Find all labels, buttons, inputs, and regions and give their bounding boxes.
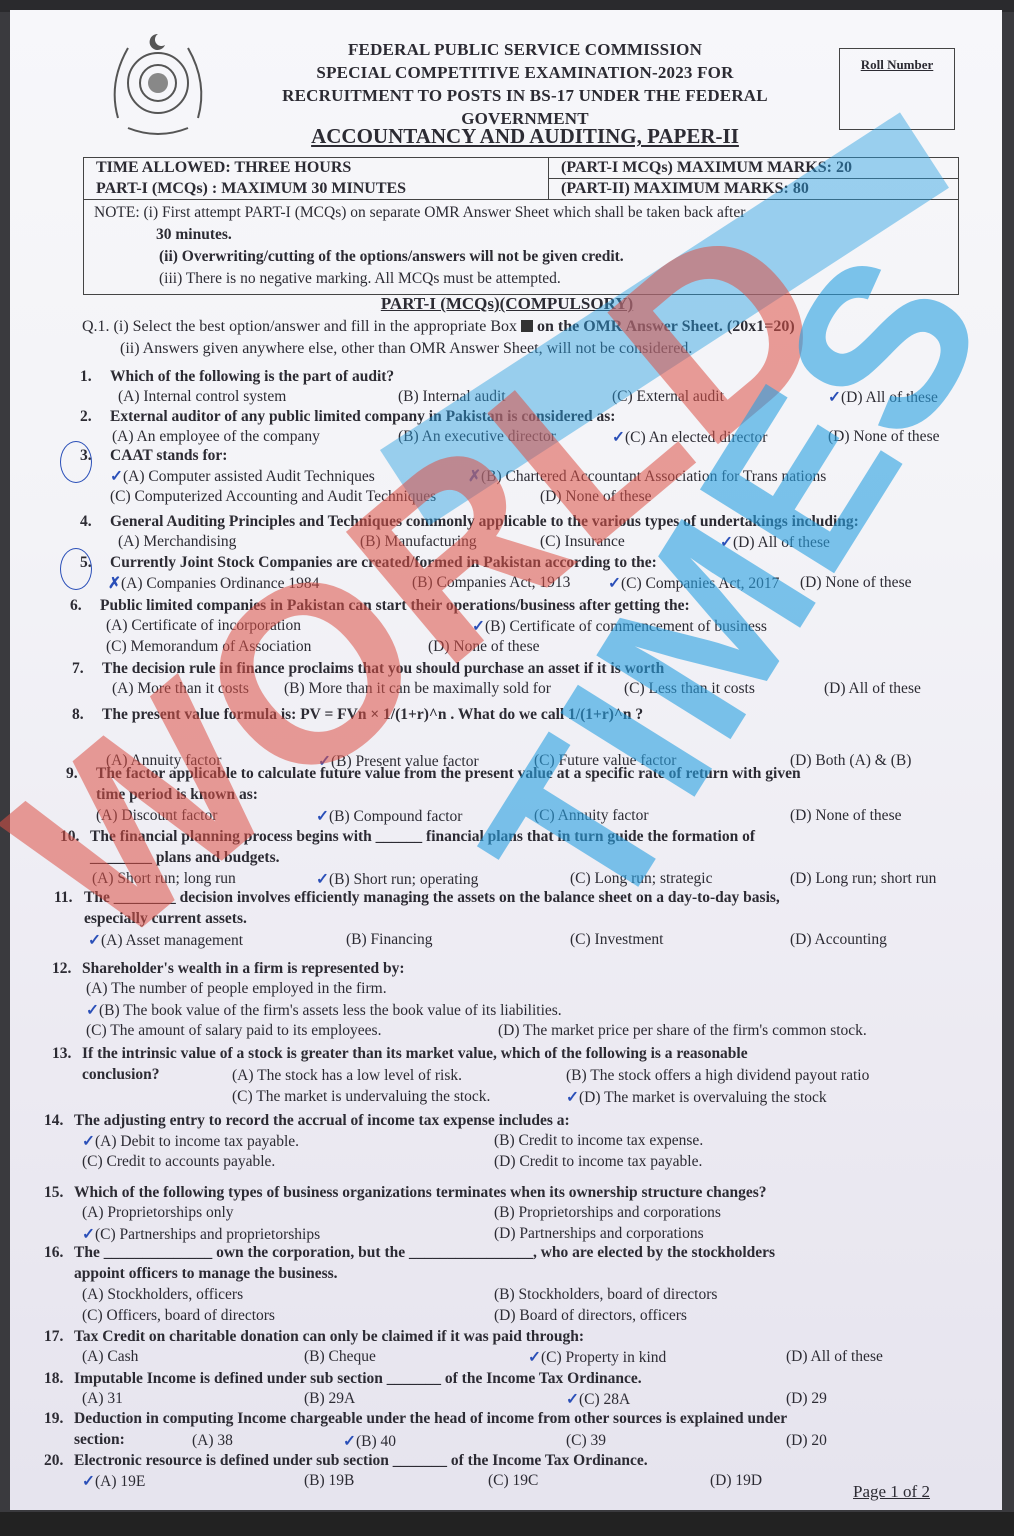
check-mark-icon: ✓ [316,808,329,825]
option-d[interactable]: (D) None of these [428,638,539,656]
option-c[interactable]: (C) 39 [566,1432,606,1450]
option-c[interactable]: ✓(C) Companies Act, 2017 [608,574,779,593]
question-text-cont: appoint officers to manage the business. [74,1265,338,1283]
option-b[interactable]: (B) 19B [304,1472,354,1490]
option-a[interactable]: (A) 38 [192,1432,233,1450]
question-text: Currently Joint Stock Companies are crea… [110,554,657,572]
question-text: General Auditing Principles and Techniqu… [110,513,859,531]
option-c[interactable]: (C) Officers, board of directors [82,1307,275,1325]
question-number: 7. [72,660,84,678]
check-mark-icon: ✓ [343,1433,356,1450]
question-number: 18. [44,1370,63,1388]
time-allowed: TIME ALLOWED: THREE HOURS [84,158,549,179]
option-b[interactable]: (B) More than it can be maximally sold f… [284,680,551,698]
question-text: The ________ decision involves efficient… [84,889,780,907]
option-b[interactable]: (B) Proprietorships and corporations [494,1204,721,1222]
part1-time: PART-I (MCQs) : MAXIMUM 30 MINUTES [84,179,549,199]
option-a[interactable]: (A) Certificate of incorporation [106,617,301,635]
check-mark-icon: ✓ [612,429,625,446]
option-a[interactable]: (A) Internal control system [118,388,286,406]
header-line: SPECIAL COMPETITIVE EXAMINATION-2023 FOR [240,61,810,84]
check-mark-icon: ✓ [110,468,123,485]
option-c[interactable]: ✓(C) An elected director [612,428,767,447]
option-d[interactable]: (D) Partnerships and corporations [494,1225,704,1243]
check-mark-icon: ✓ [566,1391,579,1408]
check-mark-icon: ✓ [528,1349,541,1366]
option-b[interactable]: ✓(B) 40 [343,1432,396,1451]
check-mark-icon: ✓ [828,389,841,406]
option-d[interactable]: (D) 29 [786,1390,827,1408]
option-c[interactable]: (C) Memorandum of Association [106,638,311,656]
page-number: Page 1 of 2 [853,1482,930,1502]
check-mark-icon: ✓ [608,575,621,592]
option-c[interactable]: ✓(C) Property in kind [528,1348,666,1367]
cross-mark-icon: ✗ [108,575,121,592]
roll-number-label: Roll Number [840,57,954,73]
option-a[interactable]: (A) More than it costs [112,680,249,698]
option-b[interactable]: (B) Financing [346,931,433,949]
header-line: RECRUITMENT TO POSTS IN BS-17 UNDER THE … [240,84,810,107]
option-d[interactable]: (D) All of these [786,1348,883,1366]
option-a[interactable]: (A) Proprietorships only [82,1204,234,1222]
option-c[interactable]: (C) Less than it costs [624,680,755,698]
question-text: The present value formula is: PV = FVn ×… [102,706,643,724]
question-number: 19. [44,1410,63,1428]
check-mark-icon: ✓ [82,1226,95,1243]
option-d[interactable]: (D) None of these [540,488,651,506]
check-mark-icon: ✓ [720,534,733,551]
question-number: 11. [54,889,73,907]
check-mark-icon: ✓ [566,1089,579,1106]
question-text: Deduction in computing Income chargeable… [74,1410,787,1428]
option-b[interactable]: ✓(B) Short run; operating [316,870,478,889]
part-title: PART-I (MCQs)(COMPULSORY) [0,294,1014,314]
photo-bottom-edge [0,1512,1014,1536]
option-d[interactable]: (D) Credit to income tax payable. [494,1153,702,1171]
option-c[interactable]: (C) 19C [488,1472,538,1490]
question-text: Which of the following is the part of au… [110,368,394,386]
option-a[interactable]: ✓(A) Debit to income tax payable. [82,1132,299,1151]
question-text: Imputable Income is defined under sub se… [74,1370,642,1388]
option-b[interactable]: ✗(B) Chartered Accountant Association fo… [468,467,826,486]
option-a[interactable]: ✓(A) Computer assisted Audit Techniques [110,467,375,486]
question-text: The decision rule in finance proclaims t… [102,660,664,678]
option-c[interactable]: (C) Annuity factor [534,807,649,825]
option-a[interactable]: (A) Merchandising [118,533,236,551]
option-d[interactable]: (D) The market price per share of the fi… [498,1022,867,1040]
option-b[interactable]: (B) Cheque [304,1348,376,1366]
question-text-cont: time period is known as: [96,786,258,804]
option-c[interactable]: (C) Computerized Accounting and Audit Te… [110,488,436,506]
header-line: FEDERAL PUBLIC SERVICE COMMISSION [240,38,810,61]
circled-question-mark [60,548,92,590]
check-mark-icon: ✓ [82,1133,95,1150]
option-b[interactable]: (B) Stockholders, board of directors [494,1286,717,1304]
option-a[interactable]: (A) 31 [82,1390,123,1408]
question-number: 16. [44,1244,63,1262]
question-text: The adjusting entry to record the accrua… [74,1112,570,1130]
option-a[interactable]: (A) The stock has a low level of risk. [232,1067,462,1085]
question-text-cont: especially current assets. [84,910,247,928]
question-text: Tax Credit on charitable donation can on… [74,1328,584,1346]
option-a[interactable]: (A) Short run; long run [92,870,236,888]
question-number: 2. [80,408,92,426]
option-c[interactable]: (C) Credit to accounts payable. [82,1153,275,1171]
option-a[interactable]: (A) An employee of the company [112,428,320,446]
question-text: The ______________ own the corporation, … [74,1244,775,1262]
fpsc-emblem-icon [98,28,218,138]
option-c[interactable]: (C) The amount of salary paid to its emp… [86,1022,381,1040]
option-d[interactable]: ✓(D) All of these [828,388,938,407]
question-text: Which of the following types of business… [74,1184,767,1202]
check-mark-icon: ✓ [472,618,485,635]
question-text: Electronic resource is defined under sub… [74,1452,648,1470]
option-a[interactable]: (A) The number of people employed in the… [86,980,387,998]
option-d[interactable]: (D) 19D [710,1472,762,1490]
check-mark-icon: ✓ [86,1002,99,1019]
option-c[interactable]: ✓(C) 28A [566,1390,630,1409]
question-text: CAAT stands for: [110,447,227,465]
option-c[interactable]: (C) Investment [570,931,663,949]
omr-box-icon [521,320,533,332]
paper-subject-title: ACCOUNTANCY AND AUDITING, PAPER-II [240,124,810,149]
option-a[interactable]: ✓(A) 19E [82,1472,145,1491]
option-b[interactable]: ✓(B) Certificate of commencement of busi… [472,617,767,636]
option-c[interactable]: (C) Insurance [540,533,625,551]
question-text: If the intrinsic value of a stock is gre… [82,1045,748,1063]
option-b[interactable]: (B) Companies Act, 1913 [412,574,570,592]
option-b[interactable]: ✓(B) The book value of the firm's assets… [86,1001,562,1020]
question-number: 4. [80,513,92,531]
question-number: 8. [72,706,84,724]
option-a[interactable]: (A) Cash [82,1348,138,1366]
option-d[interactable]: (D) Board of directors, officers [494,1307,687,1325]
question-number: 9. [66,765,78,783]
option-d[interactable]: (D) 20 [786,1432,827,1450]
circled-question-mark [60,441,92,483]
question-text: The financial planning process begins wi… [90,828,755,846]
option-d[interactable]: ✓(D) The market is overvaluing the stock [566,1088,827,1107]
option-a[interactable]: ✓(A) Asset management [88,931,243,950]
question-text-cont: ________ plans and budgets. [90,849,280,867]
question-number: 10. [60,828,79,846]
option-c[interactable]: ✓(C) Partnerships and proprietorships [82,1225,320,1244]
option-b[interactable]: (B) Credit to income tax expense. [494,1132,703,1150]
check-mark-icon: ✓ [82,1473,95,1490]
option-d[interactable]: (D) None of these [800,574,911,592]
question-number: 6. [70,597,82,615]
option-b[interactable]: (B) 29A [304,1390,355,1408]
question-number: 12. [52,960,71,978]
option-a[interactable]: (A) Discount factor [96,807,217,825]
option-d[interactable]: (D) Accounting [790,931,887,949]
option-a[interactable]: (A) Stockholders, officers [82,1286,243,1304]
option-a[interactable]: ✗(A) Companies Ordinance 1984 [108,574,319,593]
option-b[interactable]: (B) The stock offers a high dividend pay… [566,1067,869,1085]
question-number: 15. [44,1184,63,1202]
option-d[interactable]: (D) Both (A) & (B) [790,752,911,770]
option-d[interactable]: ✓(D) All of these [720,533,830,552]
check-mark-icon: ✓ [316,871,329,888]
question-number: 1. [80,368,92,386]
question-text-cont: section: [74,1431,125,1449]
question-text: Shareholder's wealth in a firm is repres… [82,960,404,978]
question-number: 17. [44,1328,63,1346]
option-d[interactable]: (D) Long run; short run [790,870,936,888]
question-text: The factor applicable to calculate futur… [96,765,801,783]
check-mark-icon: ✓ [88,932,101,949]
question-number: 20. [44,1452,63,1470]
option-d[interactable]: (D) None of these [790,807,901,825]
question-number: 13. [52,1045,71,1063]
option-c[interactable]: (C) The market is undervaluing the stock… [232,1088,490,1106]
question-text: Public limited companies in Pakistan can… [100,597,690,615]
option-c[interactable]: (C) Long run; strategic [570,870,712,888]
option-d[interactable]: (D) None of these [828,428,939,446]
question-number: 14. [44,1112,63,1130]
option-b[interactable]: (B) Manufacturing [360,533,477,551]
question-text-cont: conclusion? [82,1066,160,1084]
instruction-i: Q.1. (i) Select the best option/answer a… [82,318,517,335]
option-d[interactable]: (D) All of these [824,680,921,698]
option-b[interactable]: ✓(B) Compound factor [316,807,462,826]
commission-header: FEDERAL PUBLIC SERVICE COMMISSION SPECIA… [240,38,810,130]
